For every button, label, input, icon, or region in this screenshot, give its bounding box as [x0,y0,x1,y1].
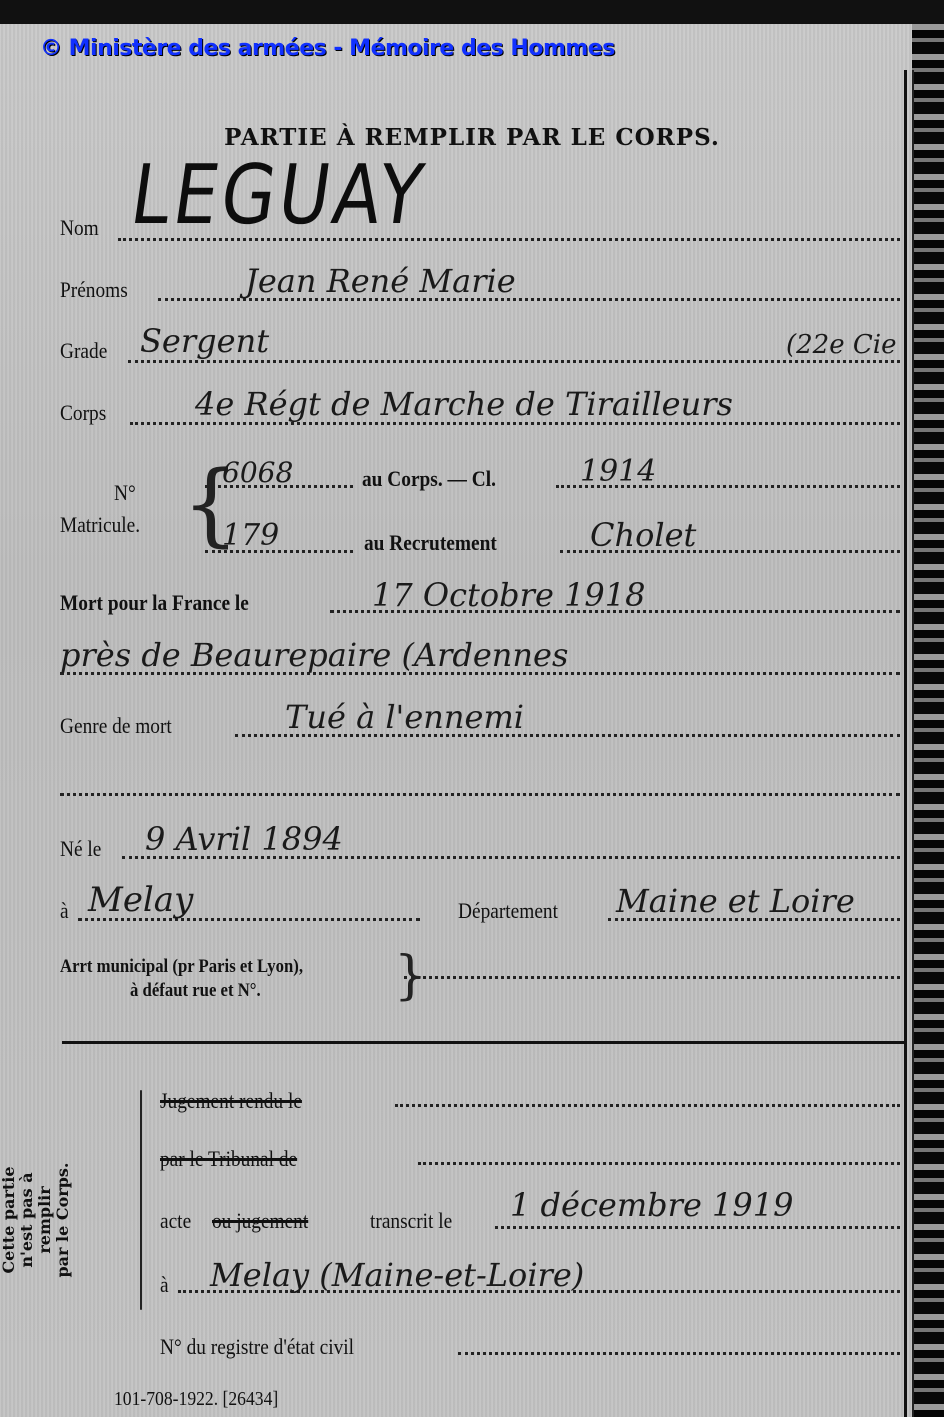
departement-value: Maine et Loire [616,882,855,920]
nom-label: Nom [60,215,99,241]
side-note-line-1: Cette partie [0,1160,18,1280]
recrutement-number: 179 [222,518,279,553]
transcription-place: Melay (Maine-et-Loire) [210,1256,584,1294]
acte-suffix: transcrit le [370,1208,452,1234]
margin-rule-2 [912,70,914,1417]
grade-annotation: (22e Cie [786,330,896,360]
arrondissement-line [404,976,900,979]
acte-date: 1 décembre 1919 [510,1186,793,1224]
mort-place: près de Beaurepaire (Ardennes [60,636,568,674]
matricule-label-2: Matricule. [60,512,140,538]
arrondissement-label-2: à défaut rue et N°. [130,980,261,1002]
registre-line [458,1352,900,1355]
side-bracket [140,1090,142,1310]
tribunal-line [418,1162,900,1165]
jugement-line [395,1104,900,1107]
corps-label: Corps [60,400,106,426]
section-divider [62,1041,904,1044]
mort-label: Mort pour la France le [60,590,249,616]
jugement-label: Jugement rendu le [160,1088,302,1114]
ne-label: Né le [60,836,101,862]
copyright-watermark: © Ministère des armées - Mémoire des Hom… [40,36,615,61]
acte-struck: ou jugement [212,1208,308,1234]
classe-value: 1914 [580,454,656,489]
departement-label: Département [458,898,558,924]
prenoms-value: Jean René Marie [245,262,516,300]
side-note-line-3: par le Corps. [54,1160,72,1280]
matricule-label-1: N° [114,480,136,506]
acte-line [495,1226,900,1229]
recrutement-place: Cholet [590,516,696,554]
transcription-place-label: à [160,1272,169,1298]
form-reference: 101-708-1922. [26434] [114,1388,278,1411]
genre-value: Tué à l'ennemi [285,698,524,736]
side-note-line-2: n'est pas à remplir [18,1160,54,1280]
corps-number: 6068 [222,456,293,489]
ne-value: 9 Avril 1894 [145,820,343,858]
grade-line [128,360,900,363]
nom-value: LEGUAY [125,148,431,243]
genre-label: Genre de mort [60,713,172,739]
scan-border-top [0,0,944,24]
grade-value: Sergent [140,322,269,360]
scan-border-right [912,24,944,1417]
lieu-label: à [60,898,69,924]
grade-label: Grade [60,338,107,364]
tribunal-label: par le Tribunal de [160,1146,297,1172]
registre-label: N° du registre d'état civil [160,1334,354,1360]
corps-number-label: au Corps. — Cl. [362,466,496,492]
margin-rule [904,70,907,1417]
section-heading: PARTIE À REMPLIR PAR LE CORPS. [0,124,944,151]
lieu-value: Melay [88,880,193,920]
prenoms-label: Prénoms [60,277,128,303]
blank-line [60,793,900,796]
recrutement-label: au Recrutement [364,530,497,556]
arrondissement-label-1: Arrt municipal (pr Paris et Lyon), [60,956,303,978]
mort-date: 17 Octobre 1918 [372,576,646,614]
acte-prefix: acte [160,1208,191,1234]
corps-value: 4e Régt de Marche de Tirailleurs [195,385,733,423]
